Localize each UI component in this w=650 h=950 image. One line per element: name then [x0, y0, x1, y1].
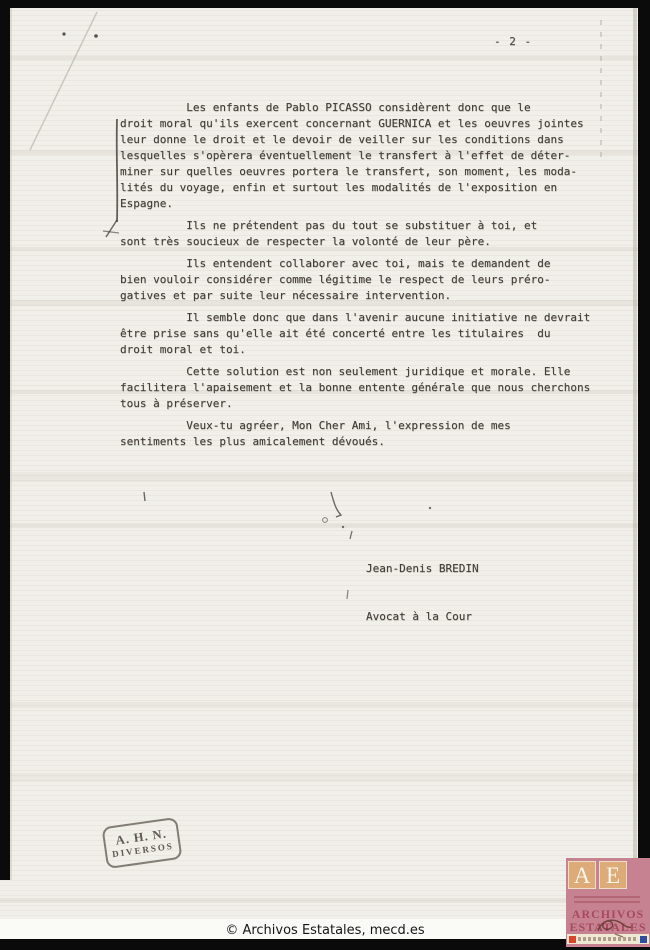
- letter-line: droit moral et toi.: [120, 342, 606, 358]
- scan-streak: [0, 523, 650, 528]
- logo-micro-text: [574, 901, 640, 903]
- paragraph: Ils ne prétendent pas du tout se substit…: [120, 218, 606, 250]
- letter-line: sentiments les plus amicalement dévoués.: [120, 434, 606, 450]
- letter-line: Espagne.: [120, 196, 606, 212]
- letter-body: Les enfants de Pablo PICASSO considèrent…: [120, 100, 606, 456]
- letter-line: bien vouloir considérer comme légitime l…: [120, 272, 606, 288]
- scan-streak: [0, 56, 650, 60]
- footer-credit: © Archivos Estatales, mecd.es: [0, 923, 650, 938]
- letter-line: sont très soucieux de respecter la volon…: [120, 234, 606, 250]
- logo-estatales-label: ESTATALES: [566, 921, 650, 933]
- signature-name: Jean-Denis BREDIN: [366, 561, 479, 577]
- paragraph: Ils entendent collaborer avec toi, mais …: [120, 256, 606, 304]
- letter-line: Cette solution est non seulement juridiq…: [120, 364, 606, 380]
- letter-line: lités du voyage, enfin et surtout les mo…: [120, 180, 606, 196]
- letter-line: lesquelles s'opèrera éventuellement le t…: [120, 148, 606, 164]
- ae-letter-a-tile: A: [568, 861, 596, 889]
- page-number: - 2 -: [494, 35, 532, 48]
- letter-line: Ils ne prétendent pas du tout se substit…: [120, 218, 606, 234]
- paragraph: Il semble donc que dans l'avenir aucune …: [120, 310, 606, 358]
- scan-streak: [0, 773, 650, 782]
- scan-streak: [0, 898, 650, 903]
- letter-line: gatives et par suite leur nécessaire int…: [120, 288, 606, 304]
- paragraph: Veux-tu agréer, Mon Cher Ami, l'expressi…: [120, 418, 606, 450]
- scan-border-bottom: [0, 939, 650, 950]
- paragraph: Les enfants de Pablo PICASSO considèrent…: [120, 100, 606, 212]
- logo-micro-text: [574, 896, 640, 898]
- letter-line: droit moral qu'ils exercent concernant G…: [120, 116, 606, 132]
- page-edge-shadow: [10, 8, 12, 880]
- ae-letter-e-tile: E: [599, 861, 627, 889]
- flag-red-icon: [569, 936, 576, 943]
- logo-archivos-label: ARCHIVOS: [566, 908, 650, 920]
- scanned-letter-page: { "page_label": "- 2 -", "letter": { "pa…: [0, 0, 650, 950]
- letter-line: leur donne le droit et le devoir de veil…: [120, 132, 606, 148]
- archivos-estatales-logo: A E ARCHIVOS ESTATALES: [566, 858, 650, 947]
- scan-streak: [0, 472, 650, 482]
- strip-micro-text: [578, 937, 638, 941]
- paragraph: Cette solution est non seulement juridiq…: [120, 364, 606, 412]
- signature-title: Avocat à la Cour: [366, 609, 479, 625]
- letter-line: Il semble donc que dans l'avenir aucune …: [120, 310, 606, 326]
- letter-line: être prise sans qu'elle ait été concerté…: [120, 326, 606, 342]
- letter-line: tous à préserver.: [120, 396, 606, 412]
- signature-block: Jean-Denis BREDIN Avocat à la Cour: [366, 529, 479, 641]
- page-edge-shadow: [633, 8, 637, 939]
- eu-blue-icon: [640, 936, 647, 943]
- letter-line: Les enfants de Pablo PICASSO considèrent…: [120, 100, 606, 116]
- letter-line: Ils entendent collaborer avec toi, mais …: [120, 256, 606, 272]
- ae-monogram: A E: [568, 861, 627, 889]
- letter-line: facilitera l'apaisement et la bonne ente…: [120, 380, 606, 396]
- logo-institution-strip: [567, 934, 649, 944]
- letter-line: Veux-tu agréer, Mon Cher Ami, l'expressi…: [120, 418, 606, 434]
- letter-line: miner sur quelles oeuvres portera le tra…: [120, 164, 606, 180]
- scan-streak: [0, 702, 650, 708]
- scan-border-right: [638, 0, 650, 950]
- scan-border-top: [0, 0, 650, 8]
- scan-border-left: [0, 0, 10, 880]
